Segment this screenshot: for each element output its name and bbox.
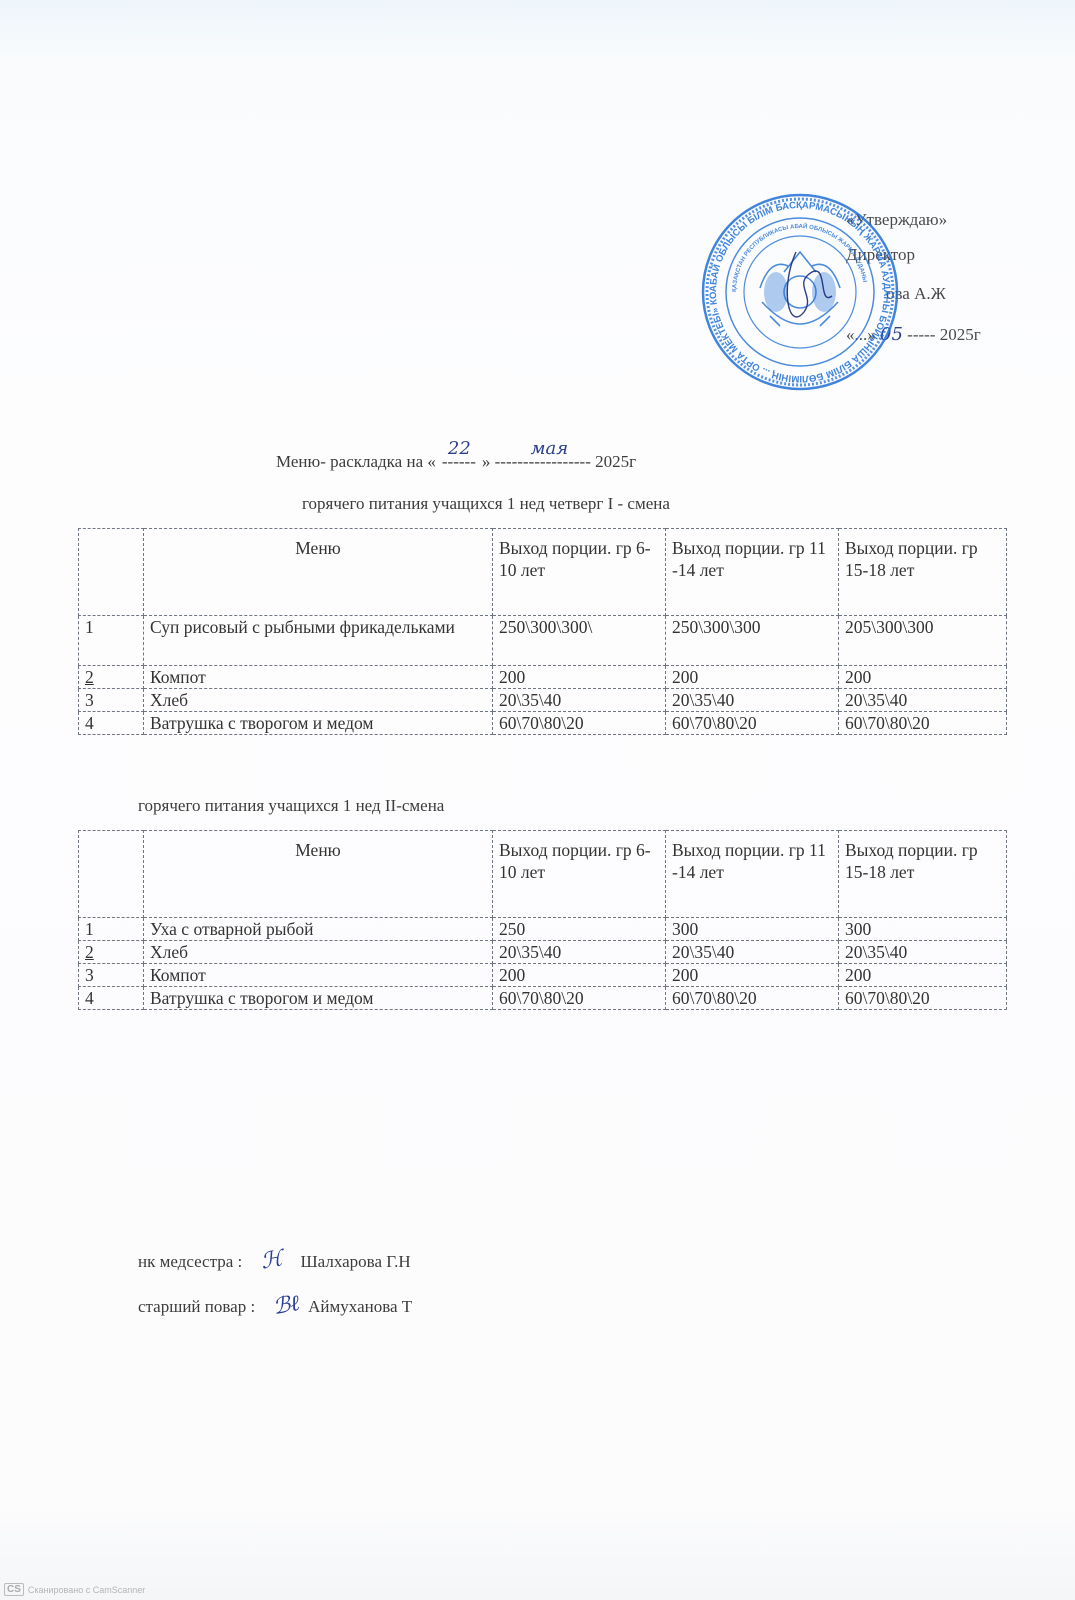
table-row: 2 Компот 200 200 200 bbox=[79, 666, 1007, 689]
portion-11-14: 200 bbox=[666, 964, 839, 987]
title-day-field: 22------ bbox=[436, 452, 482, 472]
title-day-handwritten: 22 bbox=[448, 438, 471, 459]
svg-text:АБАЙ ОБЛЫСЫ БІЛІМ БАСҚАРМАСЫНЫ: АБАЙ ОБЛЫСЫ БІЛІМ БАСҚАРМАСЫНЫҢ ЖАРМА АУ… bbox=[700, 192, 892, 384]
row-number: 1 bbox=[79, 616, 144, 666]
portion-15-18: 60\70\80\20 bbox=[839, 987, 1007, 1010]
portion-15-18: 60\70\80\20 bbox=[839, 712, 1007, 735]
signature-role: старший повар : bbox=[138, 1297, 255, 1316]
signature-name: Аймуханова Т bbox=[308, 1297, 412, 1316]
dish-name: Хлеб bbox=[144, 941, 493, 964]
portion-6-10: 250 bbox=[493, 918, 666, 941]
dish-name: Компот bbox=[144, 964, 493, 987]
portion-11-14: 60\70\80\20 bbox=[666, 987, 839, 1010]
portion-6-10: 200 bbox=[493, 666, 666, 689]
dish-name: Компот bbox=[144, 666, 493, 689]
portion-6-10: 20\35\40 bbox=[493, 689, 666, 712]
portion-6-10: 60\70\80\20 bbox=[493, 987, 666, 1010]
row-number: 3 bbox=[79, 964, 144, 987]
portion-6-10: 200 bbox=[493, 964, 666, 987]
row-number: 3 bbox=[79, 689, 144, 712]
signature-role: нк медсестра : bbox=[138, 1252, 242, 1271]
portion-15-18: 205\300\300 bbox=[839, 616, 1007, 666]
title-month-field: мая----------------- bbox=[495, 452, 591, 472]
table-row: 3 Хлеб 20\35\40 20\35\40 20\35\40 bbox=[79, 689, 1007, 712]
row-number: 2 bbox=[79, 666, 144, 689]
portion-15-18: 300 bbox=[839, 918, 1007, 941]
table-row: 3 Компот 200 200 200 bbox=[79, 964, 1007, 987]
portion-15-18: 200 bbox=[839, 666, 1007, 689]
row-number: 2 bbox=[79, 941, 144, 964]
portion-6-10: 250\300\300\ bbox=[493, 616, 666, 666]
official-stamp-icon: АБАЙ ОБЛЫСЫ БІЛІМ БАСҚАРМАСЫНЫҢ ЖАРМА АУ… bbox=[700, 192, 900, 392]
row-number: 1 bbox=[79, 918, 144, 941]
portion-6-10: 60\70\80\20 bbox=[493, 712, 666, 735]
header-age-6-10: Выход порции. гр 6-10 лет bbox=[493, 831, 666, 918]
table-row: 2 Хлеб 20\35\40 20\35\40 20\35\40 bbox=[79, 941, 1007, 964]
portion-11-14: 250\300\300 bbox=[666, 616, 839, 666]
header-age-15-18: Выход порции. гр 15-18 лет bbox=[839, 831, 1007, 918]
svg-text:ҚАЗАҚСТАН РЕСПУБЛИКАСЫ АБАЙ ОБ: ҚАЗАҚСТАН РЕСПУБЛИКАСЫ АБАЙ ОБЛЫСЫ ЖАРМА… bbox=[732, 222, 867, 292]
document-title: Меню- раскладка на «22------» мая-------… bbox=[276, 452, 636, 472]
title-year: 2025г bbox=[595, 452, 636, 471]
portion-11-14: 20\35\40 bbox=[666, 941, 839, 964]
title-prefix: Меню- раскладка на bbox=[276, 452, 423, 471]
table-row: 4 Ватрушка с творогом и медом 60\70\80\2… bbox=[79, 712, 1007, 735]
watermark-text: Сканировано с CamScanner bbox=[28, 1585, 145, 1595]
portion-11-14: 20\35\40 bbox=[666, 689, 839, 712]
scanner-watermark: CS Сканировано с CamScanner bbox=[4, 1583, 145, 1596]
dish-name: Уха с отварной рыбой bbox=[144, 918, 493, 941]
portion-15-18: 200 bbox=[839, 964, 1007, 987]
signature-nurse: нк медсестра : ℋ Шалхарова Г.Н bbox=[138, 1248, 411, 1273]
title-month-handwritten: мая bbox=[531, 438, 569, 459]
portion-15-18: 20\35\40 bbox=[839, 689, 1007, 712]
header-num-cell bbox=[79, 529, 144, 616]
dish-name: Хлеб bbox=[144, 689, 493, 712]
header-menu: Меню bbox=[144, 529, 493, 616]
dish-name: Суп рисовый с рыбными фрикадельками bbox=[144, 616, 493, 666]
signature-cook: старший повар : ℬℓ Аймуханова Т bbox=[138, 1292, 412, 1318]
header-age-15-18: Выход порции. гр 15-18 лет bbox=[839, 529, 1007, 616]
portion-11-14: 300 bbox=[666, 918, 839, 941]
approval-date-suffix: ----- 2025г bbox=[907, 325, 981, 344]
table-header-row: Меню Выход порции. гр 6-10 лет Выход пор… bbox=[79, 529, 1007, 616]
portion-11-14: 60\70\80\20 bbox=[666, 712, 839, 735]
header-age-6-10: Выход порции. гр 6-10 лет bbox=[493, 529, 666, 616]
row-number: 4 bbox=[79, 987, 144, 1010]
header-age-11-14: Выход порции. гр 11 -14 лет bbox=[666, 831, 839, 918]
table-row: 4 Ватрушка с творогом и медом 60\70\80\2… bbox=[79, 987, 1007, 1010]
portion-15-18: 20\35\40 bbox=[839, 941, 1007, 964]
shift2-menu-table: Меню Выход порции. гр 6-10 лет Выход пор… bbox=[78, 830, 1007, 1010]
dish-name: Ватрушка с творогом и медом bbox=[144, 712, 493, 735]
table-row: 1 Уха с отварной рыбой 250 300 300 bbox=[79, 918, 1007, 941]
table-header-row: Меню Выход порции. гр 6-10 лет Выход пор… bbox=[79, 831, 1007, 918]
header-num-cell bbox=[79, 831, 144, 918]
header-menu: Меню bbox=[144, 831, 493, 918]
row-number: 4 bbox=[79, 712, 144, 735]
shift1-subtitle: горячего питания учащихся 1 нед четверг … bbox=[302, 494, 670, 514]
handwritten-signature-icon: ℋ bbox=[259, 1246, 285, 1274]
shift2-subtitle: горячего питания учащихся 1 нед II-смена bbox=[138, 796, 444, 816]
title-day-close: » bbox=[482, 452, 491, 471]
dish-name: Ватрушка с творогом и медом bbox=[144, 987, 493, 1010]
header-age-11-14: Выход порции. гр 11 -14 лет bbox=[666, 529, 839, 616]
table-row: 1 Суп рисовый с рыбными фрикадельками 25… bbox=[79, 616, 1007, 666]
title-day-open: « bbox=[427, 452, 436, 471]
camscanner-logo-icon: CS bbox=[4, 1583, 24, 1596]
signature-name: Шалхарова Г.Н bbox=[301, 1252, 411, 1271]
portion-11-14: 200 bbox=[666, 666, 839, 689]
portion-6-10: 20\35\40 bbox=[493, 941, 666, 964]
handwritten-signature-icon: ℬℓ bbox=[271, 1290, 302, 1320]
shift1-menu-table: Меню Выход порции. гр 6-10 лет Выход пор… bbox=[78, 528, 1007, 735]
